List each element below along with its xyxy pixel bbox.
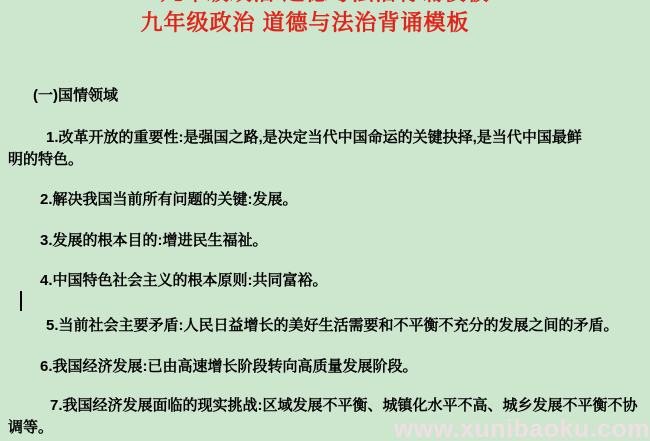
statement-item-4[interactable]: 4.中国特色社会主义的根本原则:共同富裕。 bbox=[8, 270, 644, 292]
statement-item-6[interactable]: 6.我国经济发展:已由高速增长阶段转向高质量发展阶段。 bbox=[8, 356, 644, 378]
statement-item-5[interactable]: 5.当前社会主要矛盾:人民日益增长的美好生活需要和不平衡不充分的发展之间的矛盾。 bbox=[8, 315, 644, 337]
text-cursor bbox=[20, 291, 22, 311]
watermark: www.xunibaoku.com bbox=[394, 415, 650, 441]
document-area[interactable]: 九年级政治 道德与法治背诵模板 九年级政治 道德与法治背诵模板 (一)国情领域 … bbox=[0, 0, 650, 441]
document-title[interactable]: 九年级政治 道德与法治背诵模板 bbox=[0, 10, 610, 36]
section-heading[interactable]: (一)国情领域 bbox=[33, 86, 118, 106]
statement-item-2[interactable]: 2.解决我国当前所有问题的关键:发展。 bbox=[8, 189, 644, 211]
statement-item-1[interactable]: 1.改革开放的重要性:是强国之路,是决定当代中国命运的关键抉择,是当代中国最鲜明… bbox=[8, 127, 593, 171]
statement-item-3[interactable]: 3.发展的根本目的:增进民生福祉。 bbox=[8, 230, 644, 252]
cropped-text-line: 九年级政治 道德与法治背诵模板 bbox=[0, 0, 650, 4]
